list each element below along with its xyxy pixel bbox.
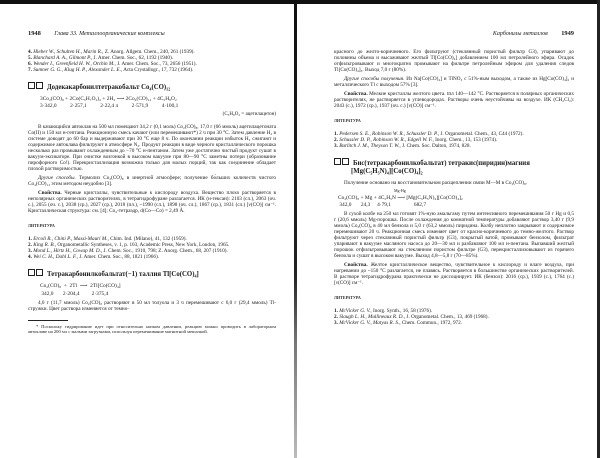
left-page: 1948 Глава 33. Металлоорганические компл…: [0, 0, 294, 458]
reaction-weights: 342,0 2·204,4 2·375,4: [40, 291, 276, 297]
catalyst-label: Mg-Hg: [394, 189, 574, 193]
reference-list: 1. Pedersen S. E., Robinson W. R., Schus…: [334, 131, 574, 149]
properties-paragraph: Свойства. Мелкие кристаллы желтого цвета…: [334, 91, 574, 109]
reaction-equation: Co₂(CO)₈ + 2Tl ⟶ 2Tl[Co(CO)₄]: [40, 283, 276, 289]
intro-paragraph: Получение основано на восстановительном …: [334, 180, 574, 186]
checkbox-marks-icon: [334, 160, 350, 167]
footnote-rule: [28, 320, 68, 321]
reaction-weights: 342,0 24,3 4·79,1 682,7: [338, 202, 574, 208]
reference-list: 1. McVicker G. V., Inorg. Synth., 16, 58…: [334, 308, 574, 326]
equation-note: (C₅H₈O₂ = ацетилацетон): [28, 112, 276, 118]
checkbox-marks-icon: [28, 271, 44, 278]
reference-item: 3. McVicker G. V., Matyas R. S., Chem. C…: [334, 320, 574, 326]
page-number: 1948: [28, 30, 41, 37]
other-methods-paragraph: Другие способы. Термолиз Co₂(CO)₈ в инер…: [28, 175, 276, 187]
reaction-weights: 3·342,0 2·257,1 2·22,4 л 2·571,9 4·100,1: [40, 103, 276, 109]
literature-label: ЛИТЕРАТУРА: [334, 295, 574, 301]
reference-list-top: 4. Hieber W., Schulten H., Marin R., Z. …: [28, 49, 276, 73]
continuation-paragraph: красного до желто-коричневого. Его фильт…: [334, 49, 574, 73]
running-title: Глава 33. Металлоорганические комплексы: [54, 31, 164, 37]
reference-item: 4. Wei C. H., Dahl L. F., J. Amer. Chem.…: [28, 254, 276, 260]
procedure-paragraph: В сухой колбе на 250 мл готовят 1%-ную а…: [334, 211, 574, 259]
section-heading: Додекакарбонилтетракобальт Co₄(CO)₁₂: [28, 82, 276, 92]
other-methods-paragraph: Другие способы получения. Из Na[Co(CO)₄]…: [334, 76, 574, 88]
reaction-equation: Co₂(CO)₈ + Mg + 4C₅H₅N ⟶ [Mg(C₅H₅N)₄][Co…: [338, 195, 574, 201]
right-page: Карбонилы металлов 1949 красного до желт…: [297, 0, 597, 458]
reference-item: 3. Burlitch J. M., Theyson T. W., J. Che…: [334, 143, 574, 149]
properties-paragraph: Свойства. Желтое кристаллическое веществ…: [334, 262, 574, 286]
literature-label: ЛИТЕРАТУРА: [28, 223, 276, 229]
section-heading: Бис(тетракарбонилкобальтат) тетракис(пир…: [334, 158, 574, 176]
procedure-paragraph: В качающийся автоклав на 500 мл помещают…: [28, 124, 276, 172]
reaction-equation: 3Co₂(CO)₈ + 2Co(C₅H₇O₂)₂ + 2H₂ ⟶ 2Co₄(CO…: [40, 96, 276, 102]
section-heading: Тетракарбонилкобальтат(−1) таллия Tl[Co(…: [28, 269, 276, 279]
reference-item: 7. Sumner G. G., Klug H. P., Alexander L…: [28, 67, 276, 73]
properties-paragraph: Свойства. Черные кристаллы, чувствительн…: [28, 190, 276, 214]
checkbox-marks-icon: [28, 84, 44, 91]
page-number: 1949: [561, 30, 574, 37]
running-header-right: Карбонилы металлов 1949: [334, 31, 574, 41]
running-title: Карбонилы металлов: [493, 31, 548, 37]
footnote: * Поскольку гидрирование идет при относи…: [28, 324, 276, 335]
procedure-paragraph: 4,0 г (11,7 ммоль) Co₂(CO)₈ растворяют в…: [28, 300, 276, 312]
running-header-left: 1948 Глава 33. Металлоорганические компл…: [28, 31, 276, 41]
literature-label: ЛИТЕРАТУРА: [334, 118, 574, 124]
reference-list: 1. Ercoli R., Chini P., Massi-Mauri M., …: [28, 236, 276, 260]
